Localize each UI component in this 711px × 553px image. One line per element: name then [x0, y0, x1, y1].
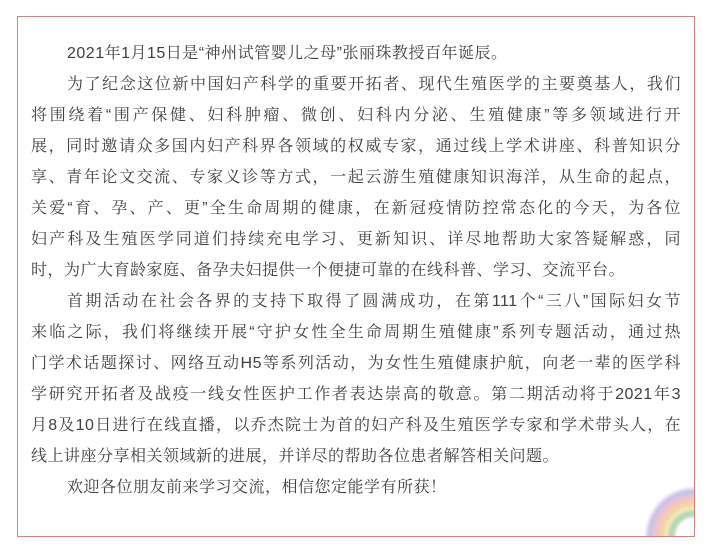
- document-page: { "theme": { "background": "#ffffff", "b…: [0, 0, 711, 553]
- notice-line: 关爱“育、孕、产、更”全生命周期的健康，在新冠疫情防控常态化的今天，为各位: [31, 193, 681, 224]
- notice-line: 2021年1月15日是“神州试管婴儿之母”张丽珠教授百年诞辰。: [31, 38, 681, 69]
- notice-line: 首期活动在社会各界的支持下取得了圆满成功，在第111个“三八”国际妇女节: [31, 286, 681, 317]
- notice-line: 欢迎各位朋友前来学习交流，相信您定能学有所获！: [31, 472, 681, 503]
- notice-line: 线上讲座分享相关领域新的进展，并详尽的帮助各位患者解答相关问题。: [31, 441, 681, 472]
- notice-body: 2021年1月15日是“神州试管婴儿之母”张丽珠教授百年诞辰。 为了纪念这位新中…: [18, 17, 694, 536]
- notice-border-frame: 2021年1月15日是“神州试管婴儿之母”张丽珠教授百年诞辰。 为了纪念这位新中…: [17, 16, 695, 537]
- notice-line: 为了纪念这位新中国妇产科学的重要开拓者、现代生殖医学的主要奠基人，我们: [31, 69, 681, 100]
- notice-line: 将围绕着“围产保健、妇科肿瘤、微创、妇科内分泌、生殖健康”等多领域进行开: [31, 100, 681, 131]
- notice-line: 月8及10日进行在线直播，以乔杰院士为首的妇产科及生殖医学专家和学术带头人，在: [31, 410, 681, 441]
- notice-line: 妇产科及生殖医学同道们持续充电学习、更新知识、详尽地帮助大家答疑解惑，同: [31, 224, 681, 255]
- notice-line: 学研究开拓者及战疫一线女性医护工作者表达崇高的敬意。第二期活动将于2021年3: [31, 379, 681, 410]
- rainbow-decoration-icon: [630, 478, 694, 536]
- notice-line: 来临之际，我们将继续开展“守护女性全生命周期生殖健康”系列专题活动，通过热: [31, 317, 681, 348]
- notice-line: 展，同时邀请众多国内妇产科界各领域的权威专家，通过线上学术讲座、科普知识分: [31, 131, 681, 162]
- notice-line: 门学术话题探讨、网络互动H5等系列活动，为女性生殖健康护航，向老一辈的医学科: [31, 348, 681, 379]
- notice-line: 时，为广大育龄家庭、备孕夫妇提供一个便捷可靠的在线科普、学习、交流平台。: [31, 255, 681, 286]
- notice-line: 享、青年论文交流、专家义诊等方式，一起云游生殖健康知识海洋，从生命的起点，: [31, 162, 681, 193]
